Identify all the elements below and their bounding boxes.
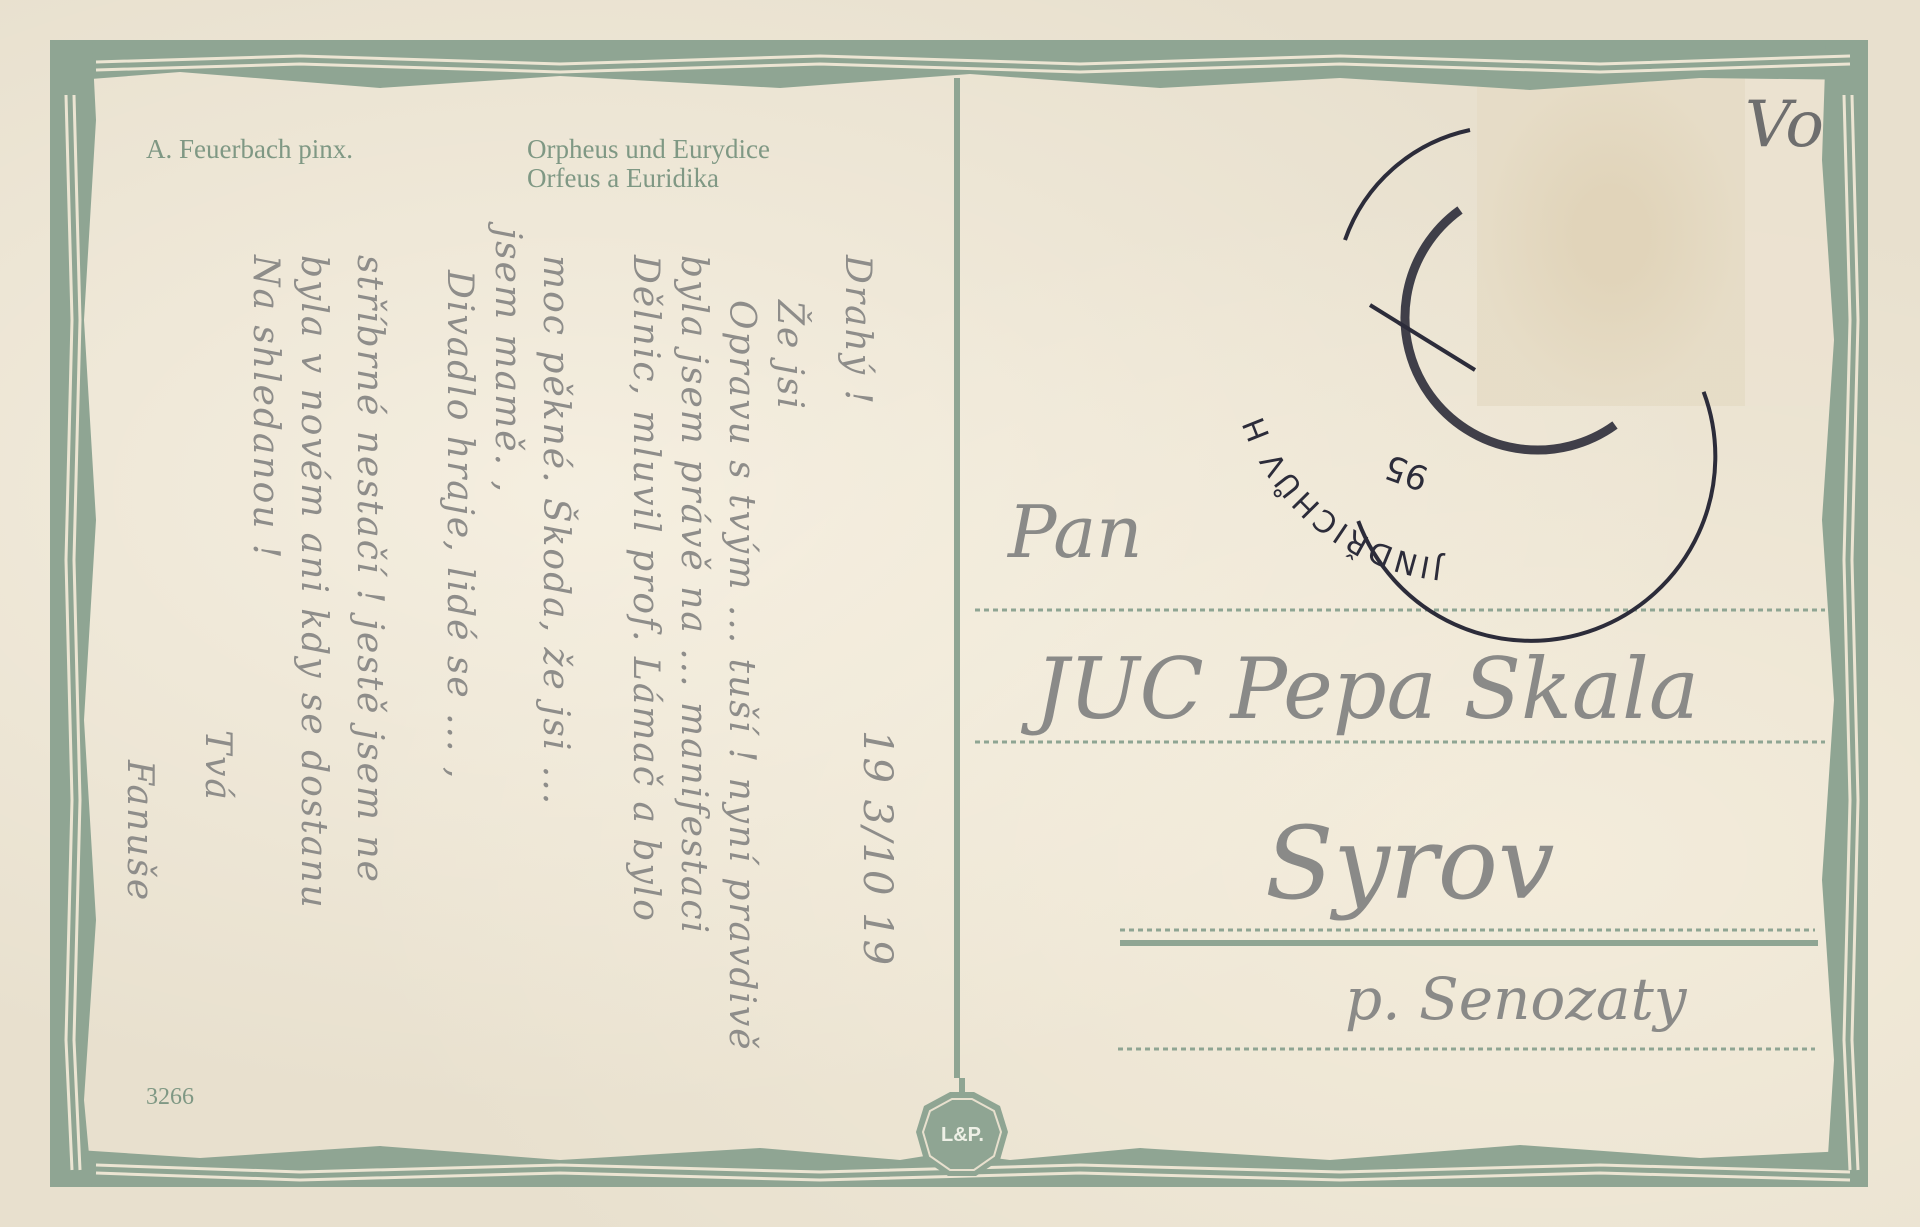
message-greeting: Drahý !: [837, 255, 878, 406]
message-signature: Fanuše: [119, 760, 160, 902]
address-salutation: Pan: [1008, 490, 1143, 574]
postcard: L&P. A. Feuerbach pinx. Orpheus und Eury…: [0, 0, 1920, 1227]
postmark-text: JINDŘICHŮV H: [1235, 409, 1446, 586]
message-date: 19 3/10 19: [854, 730, 900, 967]
message-line: jsem mamě. ,: [487, 228, 528, 494]
corner-mark: Vo: [1745, 88, 1824, 162]
message-line: Dělnic, mluvil prof. Lámač a bylo: [625, 255, 666, 923]
message-line: moc pěkné. Škoda, že jsi ...: [535, 255, 576, 806]
message-closing: Tvá: [197, 730, 238, 802]
address-name: JUC Pepa Skala: [1035, 640, 1699, 738]
address-town: Syrov: [1265, 805, 1555, 922]
postmark: JINDŘICHŮV H: [0, 0, 1920, 1227]
message-line: stříbrné nestačí ! jestě jsem ne: [349, 255, 390, 884]
message-line: byla jsem právě na ... manifestaci: [673, 255, 714, 935]
address-post-office: p. Senozaty: [1345, 965, 1687, 1033]
message-line: byla v novém ani kdy se dostanu: [293, 255, 334, 910]
message-line: Divadlo hraje, lidé se ... ,: [439, 270, 480, 780]
message-line: Na shledanou !: [245, 255, 286, 560]
message-line: Že jsi: [769, 300, 810, 411]
message-line: Opravu s tvým ... tuší ! nyní pravdivě: [721, 300, 762, 1052]
